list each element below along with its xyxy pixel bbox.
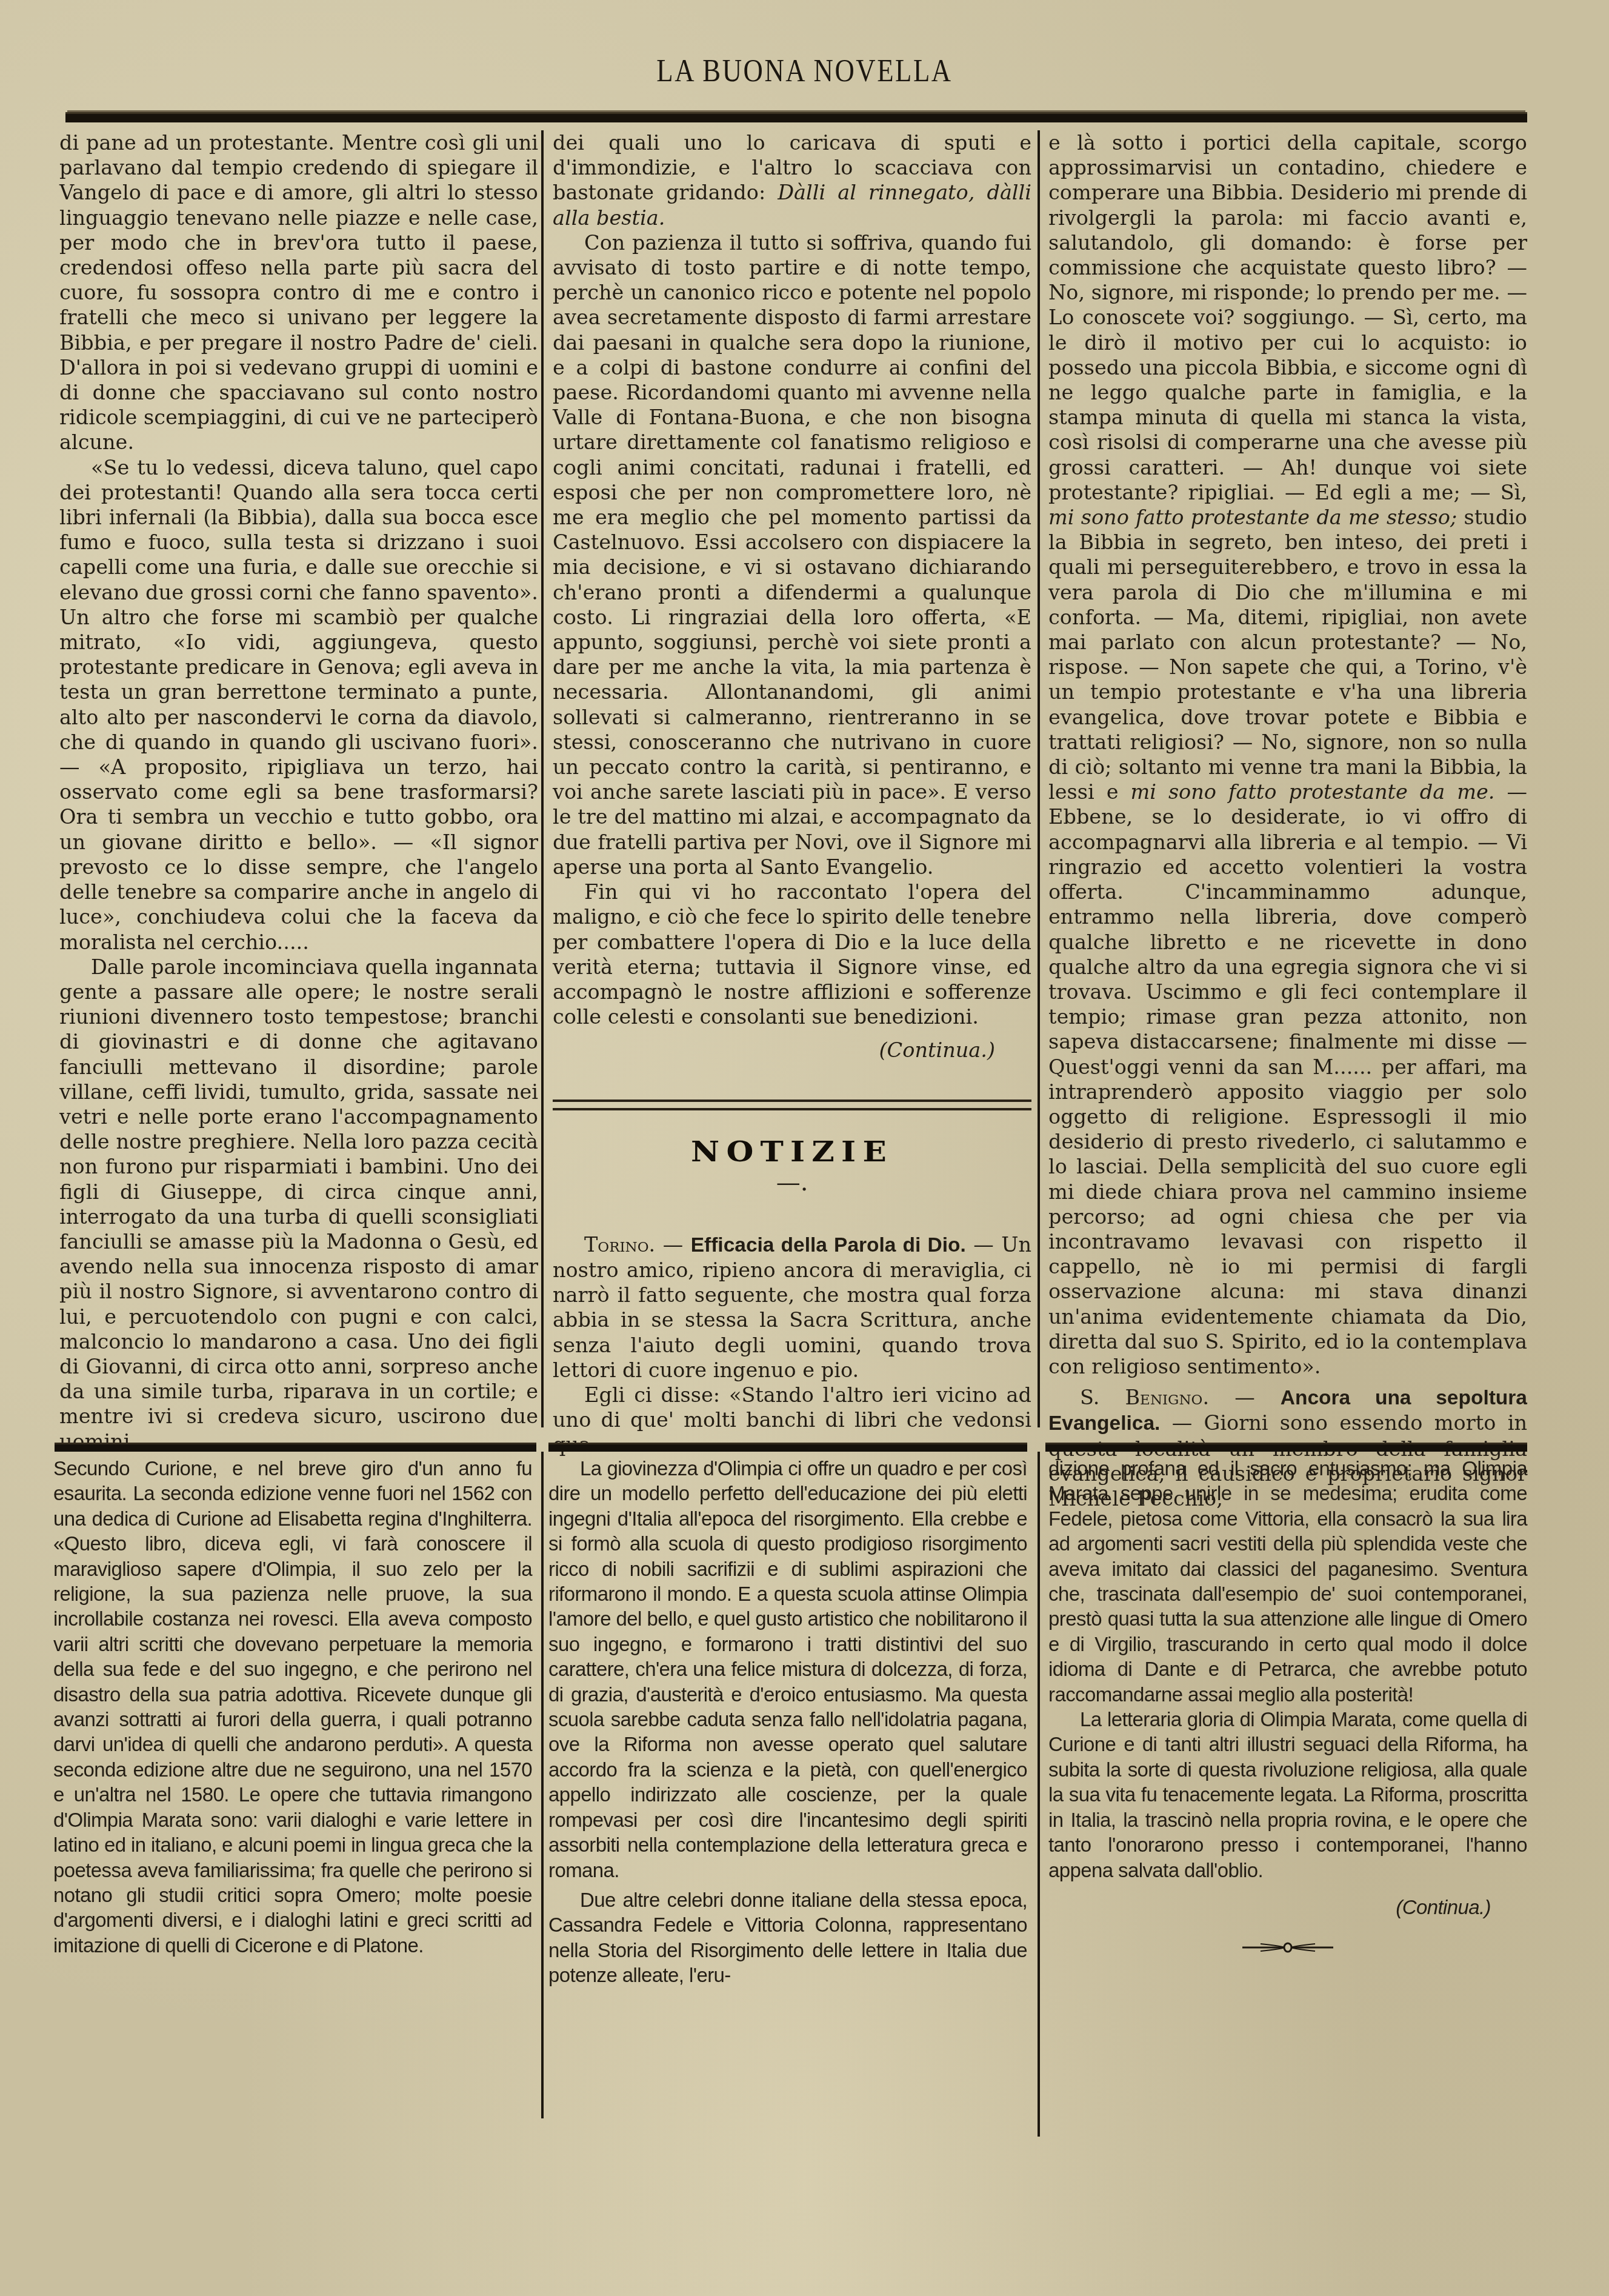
paragraph-text: studio la Bibbia in segreto, ben inteso,…: [1048, 506, 1527, 804]
paragraph: e là sotto i portici della capitale, sco…: [1048, 130, 1527, 1379]
column-divider: [541, 1452, 544, 2118]
paragraph: Con pazienza il tutto si soffriva, quand…: [553, 230, 1031, 879]
upper-column-2: dei quali uno lo caricava di sputi e d'i…: [553, 130, 1031, 1458]
paragraph: dizione profana ed il sacro entusiasmo; …: [1048, 1456, 1527, 1707]
paragraph-text: e là sotto i portici della capitale, sco…: [1048, 131, 1527, 504]
column-divider: [1038, 130, 1040, 1427]
masthead-rule: [65, 112, 1527, 122]
news-item-torino: Torino. — Efficacia della Parola di Dio.…: [553, 1232, 1031, 1383]
paragraph-text: — Ebbene, se lo desiderate, io vi offro …: [1048, 780, 1527, 1378]
column-divider: [541, 130, 544, 1427]
paragraph: «Se tu lo vedessi, diceva taluno, quel c…: [59, 455, 538, 955]
separator: —: [655, 1233, 690, 1256]
ornamental-divider-icon: [1048, 1935, 1527, 1960]
continua-label: (Continua.): [1048, 1895, 1527, 1920]
news-headline: Efficacia della Parola di Dio.: [691, 1234, 966, 1256]
italic-phrase: mi sono fatto protestante da me stesso;: [1048, 506, 1457, 529]
notizie-dash: —.: [553, 1164, 1031, 1201]
section-double-rule: [553, 1100, 1031, 1110]
masthead-title: LA BUONA NOVELLA: [113, 53, 1496, 89]
upper-column-1: di pane ad un protestante. Mentre così g…: [59, 130, 538, 1454]
italic-phrase: mi sono fatto protestante da me.: [1130, 780, 1494, 804]
paragraph: Dalle parole incominciava quella inganna…: [59, 955, 538, 1454]
newspaper-page: LA BUONA NOVELLA di pane ad un protestan…: [0, 0, 1609, 2296]
paragraph: La giovinezza d'Olimpia ci offre un quad…: [548, 1456, 1027, 1883]
news-place: S. Benigno.: [1080, 1386, 1209, 1409]
paragraph: dei quali uno lo caricava di sputi e d'i…: [553, 130, 1031, 230]
notizie-heading: NOTIZIE: [524, 1140, 1061, 1164]
section-rule: [55, 1443, 536, 1452]
paragraph: Due altre celebri donne italiane della s…: [548, 1887, 1027, 1988]
section-rule: [1045, 1443, 1527, 1452]
lower-column-1: Secundo Curione, e nel breve giro d'un a…: [53, 1456, 532, 1958]
column-divider: [1038, 1452, 1040, 2137]
upper-column-3: e là sotto i portici della capitale, sco…: [1048, 130, 1527, 1511]
paragraph: Fin qui vi ho raccontato l'opera del mal…: [553, 879, 1031, 1029]
paragraph: Secundo Curione, e nel breve giro d'un a…: [53, 1456, 532, 1958]
notizie-section: NOTIZIE —. Torino. — Efficacia della Par…: [553, 1100, 1031, 1458]
section-rule: [548, 1443, 1027, 1452]
paragraph: La letteraria gloria di Olimpia Marata, …: [1048, 1707, 1527, 1883]
news-place: Torino.: [584, 1233, 655, 1256]
continua-label: (Continua.): [553, 1038, 1031, 1063]
lower-column-2: La giovinezza d'Olimpia ci offre un quad…: [548, 1456, 1027, 1988]
lower-column-3: dizione profana ed il sacro entusiasmo; …: [1048, 1456, 1527, 1961]
paragraph: di pane ad un protestante. Mentre così g…: [59, 130, 538, 455]
separator: —: [1209, 1386, 1281, 1409]
